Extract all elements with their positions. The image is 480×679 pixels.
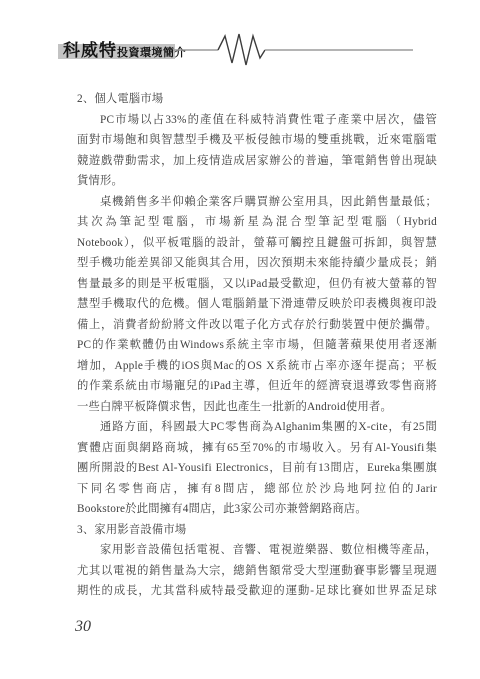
text-line: 型手機功能差異卻又能與其合用，因次預期未來能持續少量成長；銷 [77, 253, 437, 274]
text-line: 下同名零售商店，擁有8間店，總部位於沙烏地阿拉伯的Jarir [77, 479, 437, 500]
section-heading: 3、家用影音設備市場 [77, 520, 437, 541]
section-heading: 2、個人電腦市場 [77, 89, 437, 110]
text-line: 其次為筆記型電腦，市場新星為混合型筆記型電腦（Hybrid [77, 212, 437, 233]
heartbeat-divider-line [173, 30, 415, 72]
text-line: 增加，Apple手機的iOS與Mac的OS X系統市占率亦逐年提高；平板 [77, 356, 437, 377]
text-line: 面對市場飽和與智慧型手機及平板侵蝕市場的雙重挑戰，近來電腦電 [77, 130, 437, 151]
text-line: 貨情形。 [77, 171, 437, 192]
page-title: 科威特投資環境簡介 [63, 36, 186, 61]
text-line: PC市場以占33%的產值在科威特消費性電子產業中居次，儘管 [77, 110, 437, 131]
text-line: 期性的成長，尤其當科威特最受歡迎的運動-足球比賽如世界盃足球 [77, 581, 437, 602]
page-header: 科威特投資環境簡介 [0, 0, 480, 80]
text-line: 慧型手機取代的危機。個人電腦銷量下滑連帶反映於印表機與複印設 [77, 294, 437, 315]
text-line: 通路方面，科國最大PC零售商為Alghanim集團的X-cite，有25間 [77, 417, 437, 438]
page-number: 30 [75, 618, 91, 636]
text-line: 備上，消費者紛紛將文件改以電子化方式存於行動裝置中便於攜帶。 [77, 315, 437, 336]
page-title-main: 科威特 [63, 36, 117, 61]
text-line: Bookstore於此間擁有4間店，此3家公司亦兼營網路商店。 [77, 499, 437, 520]
document-body: 2、個人電腦市場PC市場以占33%的產值在科威特消費性電子產業中居次，儘管面對市… [77, 89, 437, 602]
text-line: 家用影音設備包括電視、音響、電視遊樂器、數位相機等產品， [77, 540, 437, 561]
text-line: 桌機銷售多半仰賴企業客戶購買辦公室用具，因此銷售量最低； [77, 192, 437, 213]
text-line: 的作業系統由市場寵兒的iPad主導，但近年的經濟衰退導致零售商將 [77, 376, 437, 397]
document-page: 科威特投資環境簡介 2、個人電腦市場PC市場以占33%的產值在科威特消費性電子產… [0, 0, 480, 679]
text-line: 一些白牌平板降價求售，因此也產生一批新的Android使用者。 [77, 397, 437, 418]
text-line: 團所開設的Best Al-Yousifi Electronics，目前有13間店… [77, 458, 437, 479]
text-line: 售量最多的則是平板電腦，又以iPad最受歡迎，但仍有被大螢幕的智 [77, 274, 437, 295]
text-line: 實體店面與網路商城，擁有65至70%的市場收入。另有Al-Yousifi集 [77, 438, 437, 459]
text-line: Notebook），似平板電腦的設計，螢幕可觸控且鍵盤可拆卸，與智慧 [77, 233, 437, 254]
text-line: 尤其以電視的銷售量為大宗，總銷售額常受大型運動賽事影響呈現週 [77, 561, 437, 582]
text-line: PC的作業軟體仍由Windows系統主宰市場，但隨著蘋果使用者逐漸 [77, 335, 437, 356]
text-line: 競遊戲帶動需求，加上疫情造成居家辦公的普遍，筆電銷售曾出現缺 [77, 151, 437, 172]
